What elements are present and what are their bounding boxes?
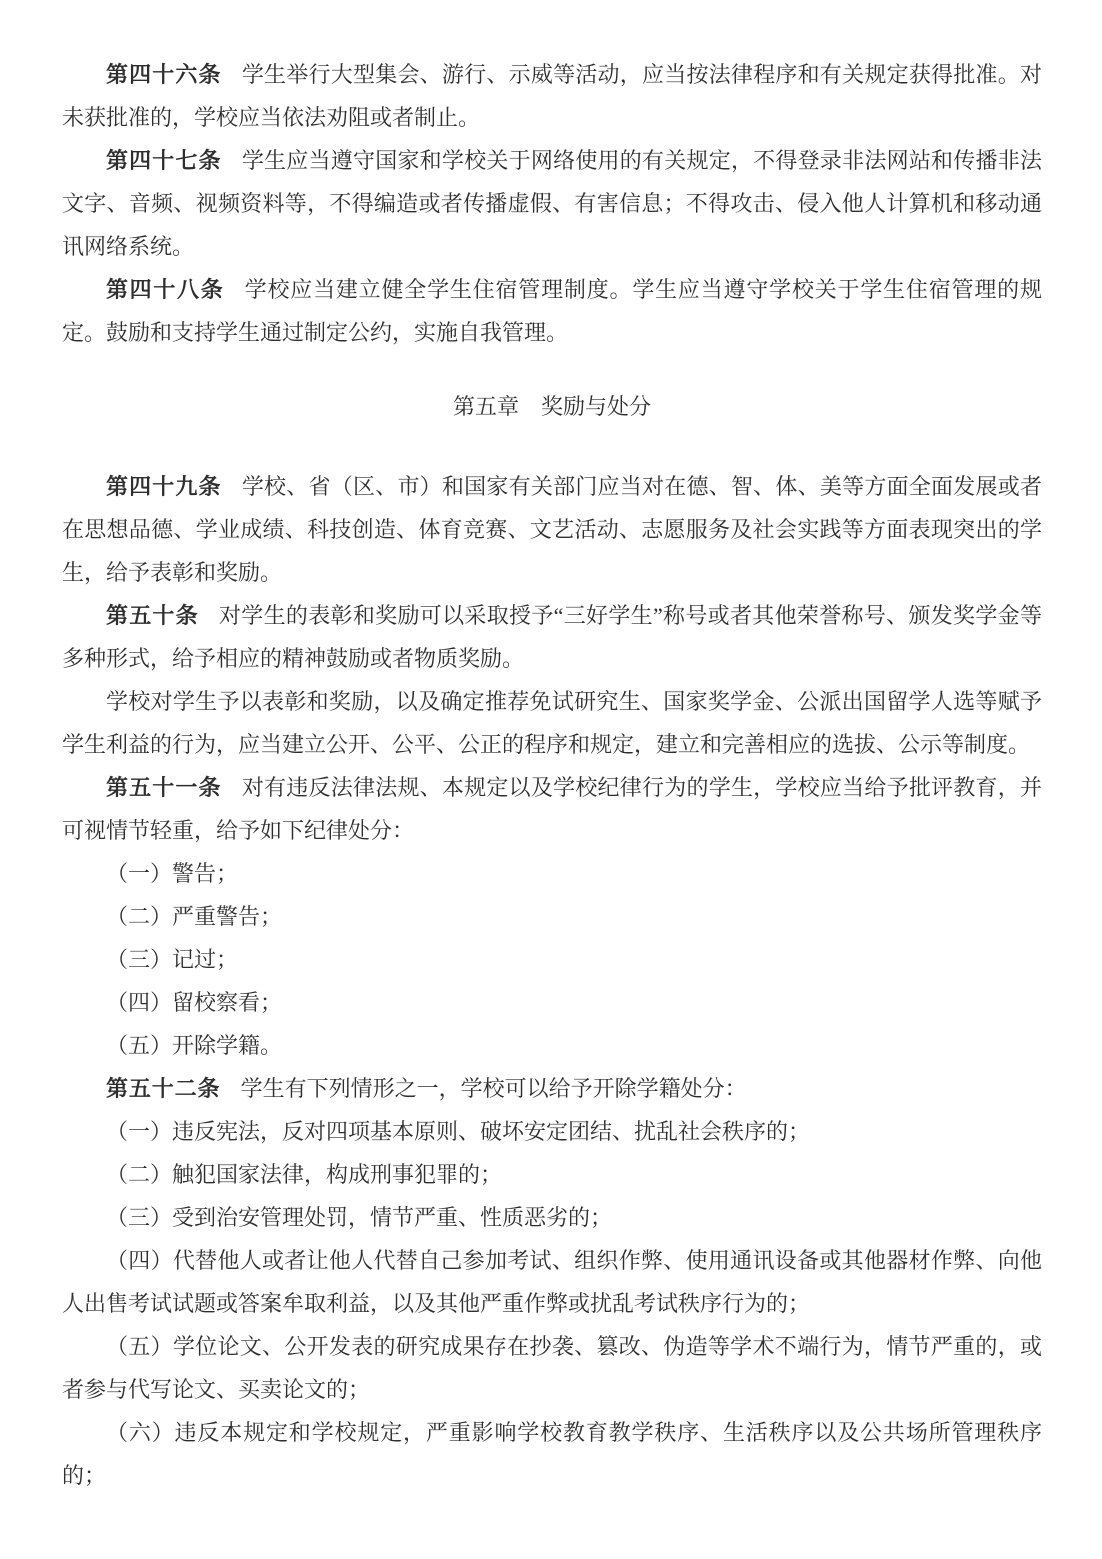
list-item: （二）触犯国家法律，构成刑事犯罪的； [62,1153,1042,1196]
paragraph-text: 对学生的表彰和奖励可以采取授予“三好学生”称号或者其他荣誉称号、颁发奖学金等多种… [62,603,1042,671]
article-number: 第五十条 [106,603,199,628]
article-paragraph: 第五十条对学生的表彰和奖励可以采取授予“三好学生”称号或者其他荣誉称号、颁发奖学… [62,594,1042,680]
list-item: （六）违反本规定和学校规定，严重影响学校教育教学秩序、生活秩序以及公共场所管理秩… [62,1411,1042,1497]
paragraph-text: 学校对学生予以表彰和奖励，以及确定推荐免试研究生、国家奖学金、公派出国留学人选等… [62,689,1042,757]
plain-paragraph: 学校对学生予以表彰和奖励，以及确定推荐免试研究生、国家奖学金、公派出国留学人选等… [62,680,1042,766]
list-item: （三）受到治安管理处罚，情节严重、性质恶劣的； [62,1196,1042,1239]
paragraph-text: （五）学位论文、公开发表的研究成果存在抄袭、篡改、伪造等学术不端行为，情节严重的… [62,1334,1042,1402]
list-item: （四）留校察看； [62,981,1042,1024]
list-item: （一）警告； [62,852,1042,895]
article-number: 第四十七条 [106,148,222,173]
document-body: 第四十六条学生举行大型集会、游行、示威等活动，应当按法律程序和有关规定获得批准。… [62,53,1042,1497]
paragraph-text: （一）违反宪法，反对四项基本原则、破坏安定团结、扰乱社会秩序的； [106,1119,810,1144]
paragraph-text: 学生有下列情形之一，学校可以给予开除学籍处分： [241,1076,747,1101]
article-number: 第五十二条 [106,1076,220,1101]
paragraph-text: （六）违反本规定和学校规定，严重影响学校教育教学秩序、生活秩序以及公共场所管理秩… [62,1420,1042,1488]
article-paragraph: 第四十九条学校、省（区、市）和国家有关部门应当对在德、智、体、美等方面全面发展或… [62,465,1042,594]
paragraph-text: （五）开除学籍。 [106,1033,282,1058]
article-paragraph: 第四十七条学生应当遵守国家和学校关于网络使用的有关规定，不得登录非法网站和传播非… [62,139,1042,268]
article-paragraph: 第四十六条学生举行大型集会、游行、示威等活动，应当按法律程序和有关规定获得批准。… [62,53,1042,139]
list-item: （三）记过； [62,938,1042,981]
article-paragraph: 第四十八条学校应当建立健全学生住宿管理制度。学生应当遵守学校关于学生住宿管理的规… [62,268,1042,354]
paragraph-text: （四）留校察看； [106,990,282,1015]
article-paragraph: 第五十一条对有违反法律法规、本规定以及学校纪律行为的学生，学校应当给予批评教育，… [62,766,1042,852]
list-item: （一）违反宪法，反对四项基本原则、破坏安定团结、扰乱社会秩序的； [62,1110,1042,1153]
paragraph-text: （一）警告； [106,861,238,886]
document-page: 第四十六条学生举行大型集会、游行、示威等活动，应当按法律程序和有关规定获得批准。… [0,0,1102,1559]
article-number: 第四十八条 [106,277,224,302]
article-number: 第四十九条 [106,474,222,499]
article-paragraph: 第五十二条学生有下列情形之一，学校可以给予开除学籍处分： [62,1067,1042,1110]
list-item: （五）开除学籍。 [62,1024,1042,1067]
chapter-heading: 第五章 奖励与处分 [62,385,1042,428]
article-number: 第四十六条 [106,62,222,87]
paragraph-text: （三）受到治安管理处罚，情节严重、性质恶劣的； [106,1205,612,1230]
paragraph-text: （二）触犯国家法律，构成刑事犯罪的； [106,1162,502,1187]
list-item: （四）代替他人或者让他人代替自己参加考试、组织作弊、使用通讯设备或其他器材作弊、… [62,1239,1042,1325]
list-item: （二）严重警告； [62,895,1042,938]
article-number: 第五十一条 [106,775,222,800]
paragraph-text: （三）记过； [106,947,238,972]
paragraph-text: （四）代替他人或者让他人代替自己参加考试、组织作弊、使用通讯设备或其他器材作弊、… [62,1248,1042,1316]
list-item: （五）学位论文、公开发表的研究成果存在抄袭、篡改、伪造等学术不端行为，情节严重的… [62,1325,1042,1411]
paragraph-text: （二）严重警告； [106,904,282,929]
